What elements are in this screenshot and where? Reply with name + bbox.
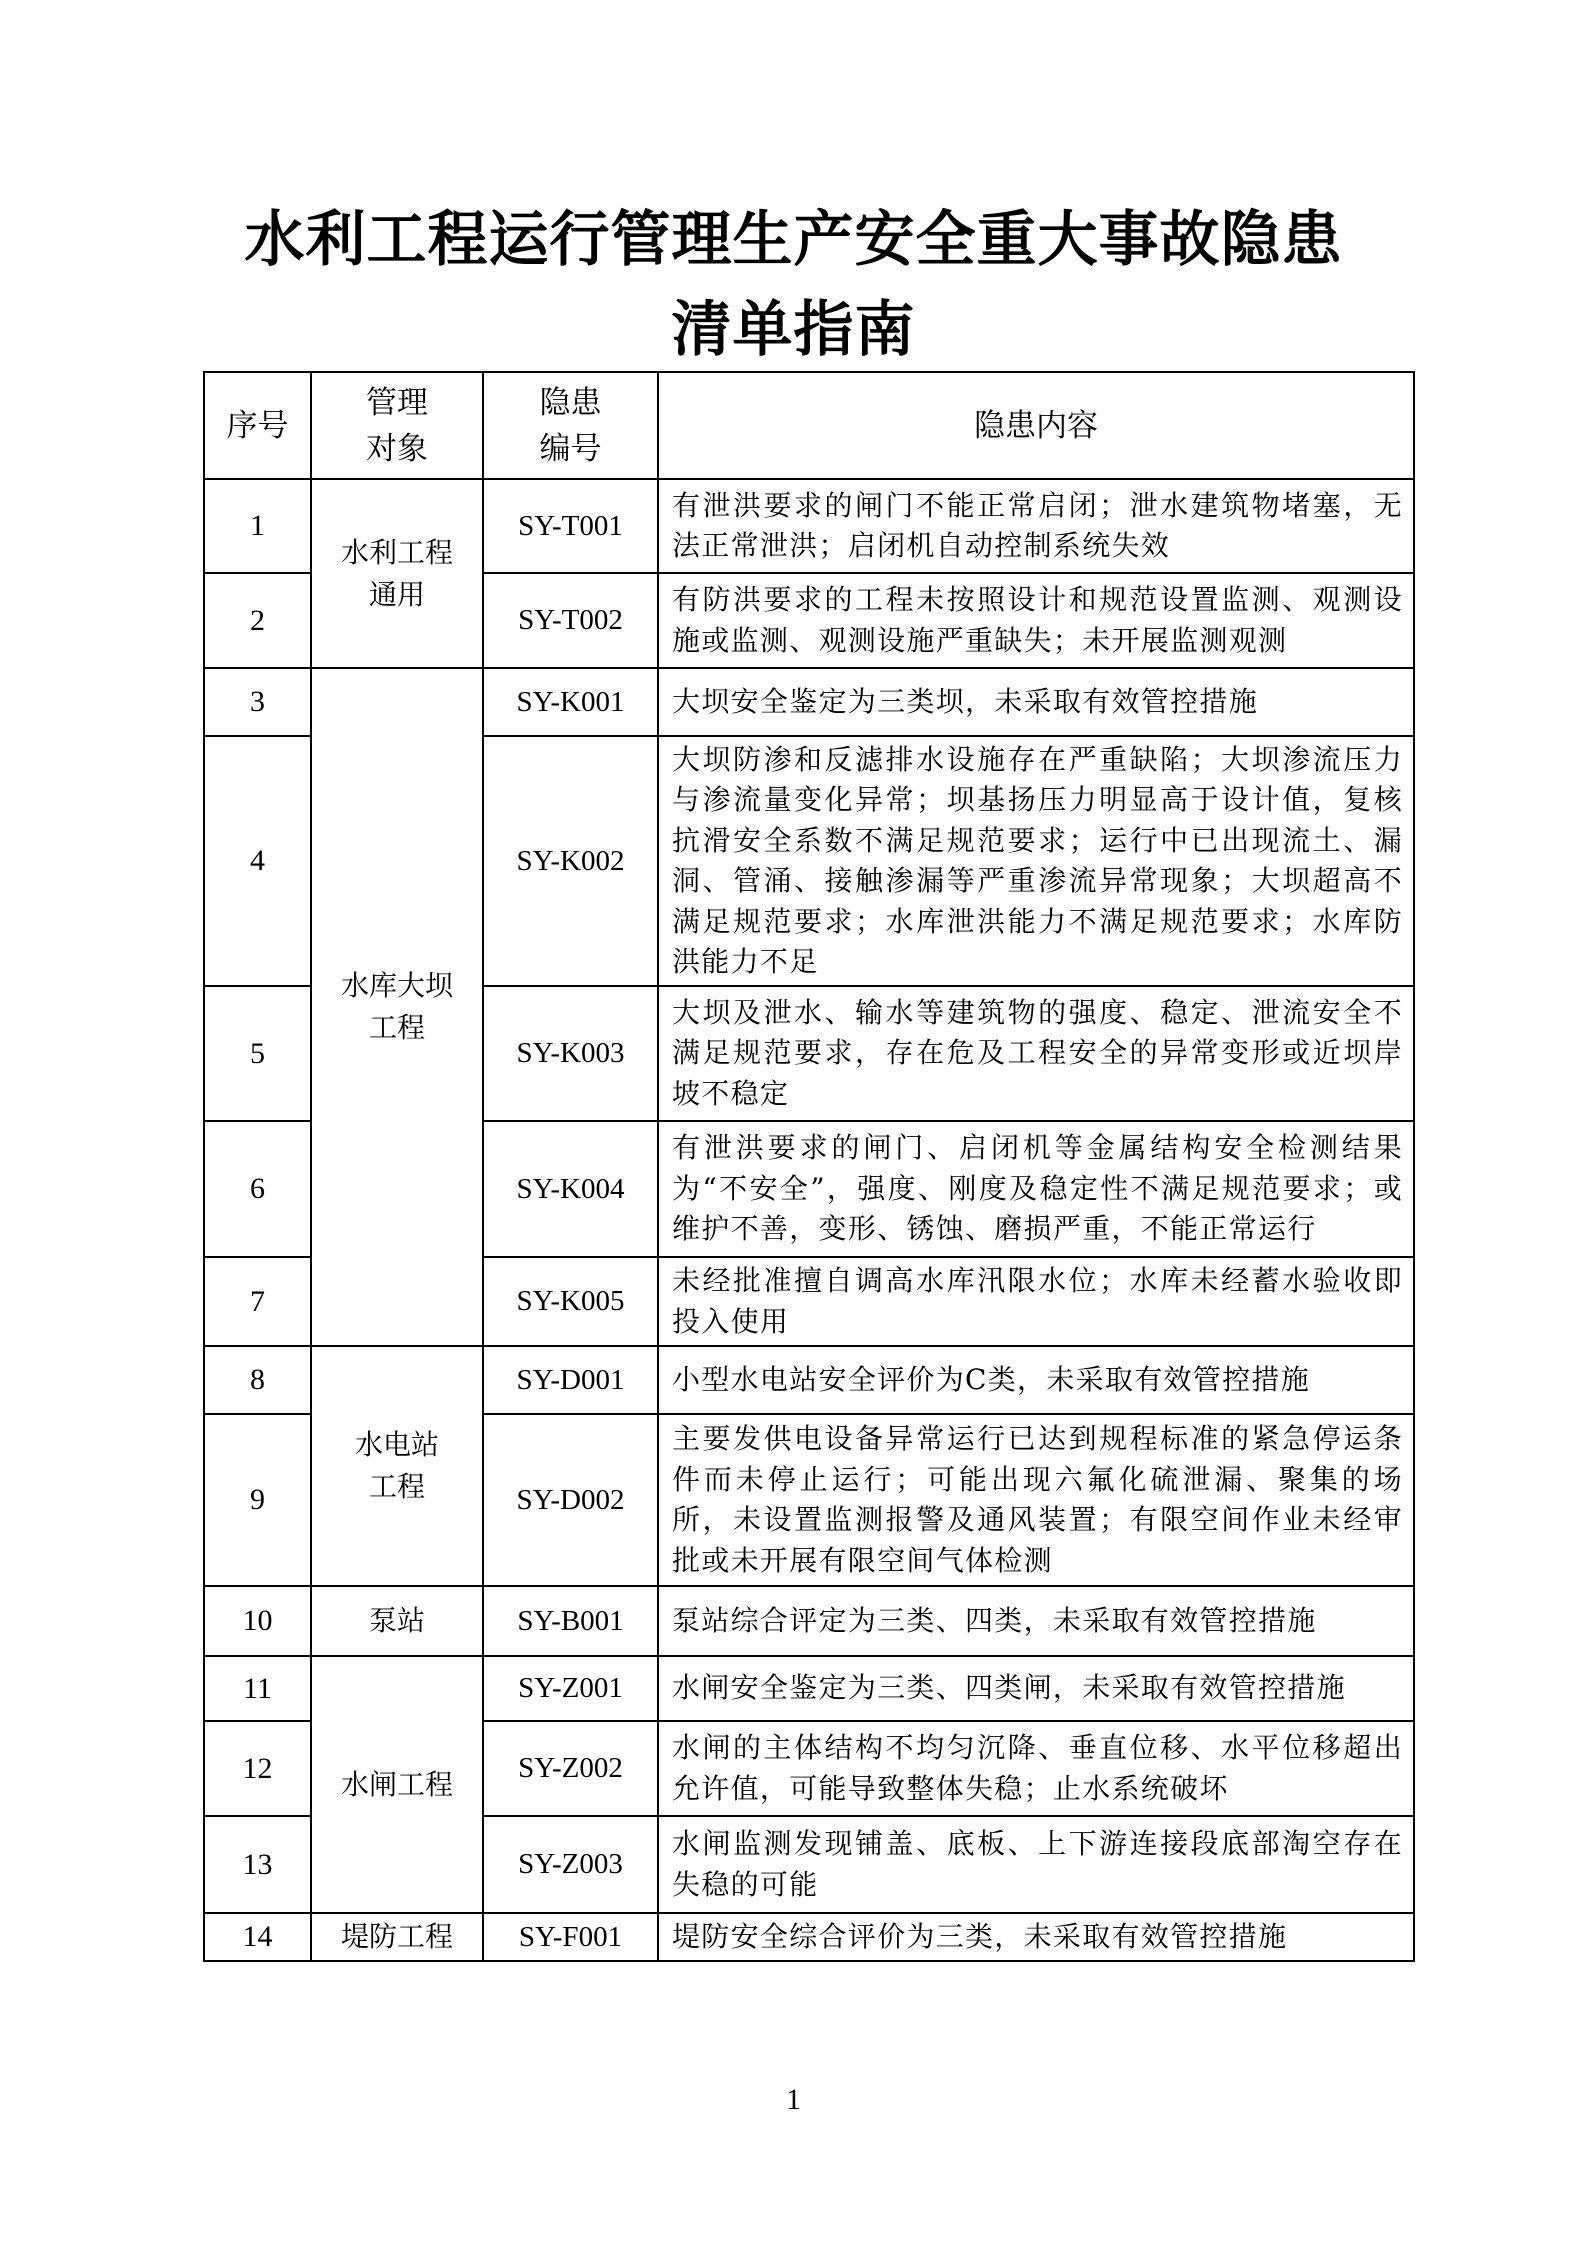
header-object-line1: 管理 (312, 380, 482, 426)
row-index: 4 (204, 736, 311, 986)
header-hazard-code: 隐患 编号 (483, 372, 658, 479)
management-object-cell: 水库大坝 工程 (311, 668, 483, 1346)
hazard-code: SY-B001 (483, 1586, 658, 1656)
object-line1: 水闸工程 (312, 1764, 482, 1806)
table-row: 10 泵站 SY-B001 泵站综合评定为三类、四类，未采取有效管控措施 (204, 1586, 1414, 1656)
hazard-code: SY-K004 (483, 1121, 658, 1257)
management-object-cell: 泵站 (311, 1586, 483, 1656)
hazard-content: 水闸安全鉴定为三类、四类闸，未采取有效管控措施 (658, 1656, 1414, 1721)
management-object-cell: 水利工程 通用 (311, 479, 483, 668)
document-title-line1: 水利工程运行管理生产安全重大事故隐患 (0, 192, 1587, 278)
hazard-content: 未经批准擅自调高水库汛限水位；水库未经蓄水验收即投入使用 (658, 1257, 1414, 1346)
hazard-content: 小型水电站安全评价为C类，未采取有效管控措施 (658, 1346, 1414, 1414)
hazard-code: SY-F001 (483, 1913, 658, 1961)
hazard-code: SY-Z001 (483, 1656, 658, 1721)
object-line2: 通用 (312, 574, 482, 616)
hazard-code: SY-Z003 (483, 1816, 658, 1913)
hazard-code: SY-D002 (483, 1414, 658, 1586)
table-row: 8 水电站 工程 SY-D001 小型水电站安全评价为C类，未采取有效管控措施 (204, 1346, 1414, 1414)
row-index: 11 (204, 1656, 311, 1721)
hazard-content: 大坝安全鉴定为三类坝，未采取有效管控措施 (658, 668, 1414, 736)
header-object-line2: 对象 (312, 426, 482, 472)
hazard-code: SY-D001 (483, 1346, 658, 1414)
management-object-cell: 堤防工程 (311, 1913, 483, 1961)
hazard-content: 堤防安全综合评价为三类，未采取有效管控措施 (658, 1913, 1414, 1961)
hazard-code: SY-K001 (483, 668, 658, 736)
header-code-line2: 编号 (484, 426, 657, 472)
header-code-line1: 隐患 (484, 380, 657, 426)
row-index: 9 (204, 1414, 311, 1586)
row-index: 8 (204, 1346, 311, 1414)
row-index: 3 (204, 668, 311, 736)
document-title-line2: 清单指南 (0, 282, 1587, 368)
row-index: 14 (204, 1913, 311, 1961)
row-index: 13 (204, 1816, 311, 1913)
table-row: 1 水利工程 通用 SY-T001 有泄洪要求的闸门不能正常启闭；泄水建筑物堵塞… (204, 479, 1414, 573)
hazard-content: 有泄洪要求的闸门不能正常启闭；泄水建筑物堵塞，无法正常泄洪；启闭机自动控制系统失… (658, 479, 1414, 573)
management-object-cell: 水电站 工程 (311, 1346, 483, 1586)
object-line1: 堤防工程 (312, 1916, 482, 1958)
hazard-content: 大坝及泄水、输水等建筑物的强度、稳定、泄流安全不满足规范要求，存在危及工程安全的… (658, 986, 1414, 1121)
hazard-content: 主要发供电设备异常运行已达到规程标准的紧急停运条件而未停止运行；可能出现六氟化硫… (658, 1414, 1414, 1586)
row-index: 7 (204, 1257, 311, 1346)
object-line1: 水库大坝 (312, 965, 482, 1007)
table-row: 11 水闸工程 SY-Z001 水闸安全鉴定为三类、四类闸，未采取有效管控措施 (204, 1656, 1414, 1721)
header-hazard-content: 隐患内容 (658, 372, 1414, 479)
hazard-content: 有防洪要求的工程未按照设计和规范设置监测、观测设施或监测、观测设施严重缺失；未开… (658, 573, 1414, 668)
page-number: 1 (0, 2083, 1587, 2117)
hazard-code: SY-K002 (483, 736, 658, 986)
table-row: 3 水库大坝 工程 SY-K001 大坝安全鉴定为三类坝，未采取有效管控措施 (204, 668, 1414, 736)
management-object-cell: 水闸工程 (311, 1656, 483, 1913)
table-row: 14 堤防工程 SY-F001 堤防安全综合评价为三类，未采取有效管控措施 (204, 1913, 1414, 1961)
table-header-row: 序号 管理 对象 隐患 编号 隐患内容 (204, 372, 1414, 479)
row-index: 5 (204, 986, 311, 1121)
row-index: 2 (204, 573, 311, 668)
object-line1: 泵站 (312, 1600, 482, 1642)
object-line1: 水电站 (312, 1424, 482, 1466)
hazard-content: 大坝防渗和反滤排水设施存在严重缺陷；大坝渗流压力与渗流量变化异常；坝基扬压力明显… (658, 736, 1414, 986)
object-line1: 水利工程 (312, 532, 482, 574)
hazard-content: 有泄洪要求的闸门、启闭机等金属结构安全检测结果为“不安全”，强度、刚度及稳定性不… (658, 1121, 1414, 1257)
object-line2: 工程 (312, 1466, 482, 1508)
hazard-list-table: 序号 管理 对象 隐患 编号 隐患内容 1 水利工程 通用 SY-T001 有泄… (203, 371, 1415, 1962)
header-index: 序号 (204, 372, 311, 479)
hazard-code: SY-K003 (483, 986, 658, 1121)
row-index: 12 (204, 1721, 311, 1816)
hazard-code: SY-T001 (483, 479, 658, 573)
hazard-content: 水闸的主体结构不均匀沉降、垂直位移、水平位移超出允许值，可能导致整体失稳；止水系… (658, 1721, 1414, 1816)
row-index: 6 (204, 1121, 311, 1257)
hazard-code: SY-Z002 (483, 1721, 658, 1816)
header-management-object: 管理 对象 (311, 372, 483, 479)
hazard-content: 水闸监测发现铺盖、底板、上下游连接段底部淘空存在失稳的可能 (658, 1816, 1414, 1913)
hazard-content: 泵站综合评定为三类、四类，未采取有效管控措施 (658, 1586, 1414, 1656)
hazard-code: SY-T002 (483, 573, 658, 668)
row-index: 1 (204, 479, 311, 573)
hazard-code: SY-K005 (483, 1257, 658, 1346)
object-line2: 工程 (312, 1007, 482, 1049)
row-index: 10 (204, 1586, 311, 1656)
